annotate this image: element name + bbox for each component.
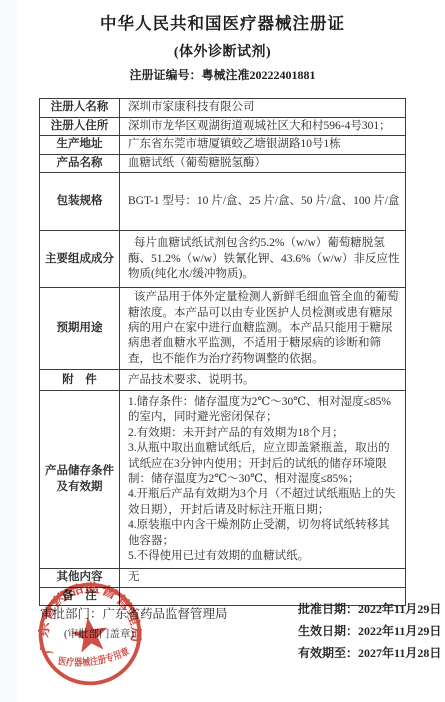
row-value-storage-list: 1.储存条件：储存温度为2℃～30℃、相对湿度≤85%的室内，同时避光密闭保存；…	[120, 391, 406, 569]
svg-text:医疗器械注册专用章: 医疗器械注册专用章	[56, 644, 132, 673]
effective-date-line: 生效日期：2022年11月29日	[298, 622, 441, 639]
row-label: 预期用途	[40, 288, 120, 370]
storage-condition-line: 1.储存条件：储存温度为2℃～30℃、相对湿度≤85%的室内，同时避光密闭保存；	[128, 395, 401, 426]
approval-date-line: 批准日期：2022年11月29日	[298, 600, 441, 617]
table-row-packaging-spec: 包装规格 BGT-1 型号：10 片/盒、25 片/盒、50 片/盒、100 片…	[40, 173, 406, 231]
row-label: 产品储存条件及有效期	[40, 391, 120, 569]
certificate-subtitle: (体外诊断试剂)	[0, 41, 445, 61]
registration-number: 注册证编号：粤械注准20222401881	[0, 66, 445, 83]
table-row-registrant-address: 注册人住所 深圳市龙华区观湖街道观城社区大和村596-4号301；	[40, 118, 406, 136]
certificate-page: 中华人民共和国医疗器械注册证 (体外诊断试剂) 注册证编号：粤械注准202224…	[0, 0, 445, 702]
row-value: 深圳市龙华区观湖街道观城社区大和村596-4号301；	[120, 118, 406, 136]
storage-condition-line: 4.原装瓶中内含干燥剂防止受潮，切勿将试纸转移其他容器；	[128, 518, 401, 549]
row-label: 注册人住所	[40, 118, 120, 136]
certificate-title: 中华人民共和国医疗器械注册证	[0, 10, 445, 34]
row-value: 每片血糖试纸试剂包含约5.2%（w/w）葡萄糖脱氢酶、51.2%（w/w）铁氰化…	[120, 231, 406, 288]
row-label: 包装规格	[40, 173, 120, 231]
approval-date-value: 2022年11月29日	[358, 602, 441, 616]
storage-condition-line: 5.不得使用已过有效期的血糖试纸。	[128, 549, 401, 564]
storage-condition-line: 2.有效期：未开封产品的有效期为18个月；	[128, 426, 401, 441]
expiry-date-line: 有效期至：2027年11月28日	[298, 644, 441, 661]
row-value: BGT-1 型号：10 片/盒、25 片/盒、50 片/盒、100 片/盒	[120, 173, 406, 231]
row-value: 无	[120, 569, 406, 587]
page-edge-strip	[0, 0, 17, 702]
table-row-storage-conditions: 产品储存条件及有效期 1.储存条件：储存温度为2℃～30℃、相对湿度≤85%的室…	[40, 391, 406, 569]
official-seal: 广东省药品监督管理局 医疗器械注册专用章	[26, 570, 155, 699]
expiry-date-value: 2027年11月28日	[358, 646, 441, 660]
table-row-main-components: 主要组成成分 每片血糖试纸试剂包含约5.2%（w/w）葡萄糖脱氢酶、51.2%（…	[40, 231, 406, 288]
table-row-product-name: 产品名称 血糖试纸（葡萄糖脱氢酶）	[40, 154, 406, 172]
table-row-production-address: 生产地址 广东省东莞市塘厦镇蛟乙塘银湖路10号1栋	[40, 136, 406, 154]
certificate-table: 注册人名称 深圳市家康科技有限公司 注册人住所 深圳市龙华区观湖街道观城社区大和…	[39, 98, 406, 606]
effective-date-label: 生效日期：	[298, 624, 358, 638]
table-row-registrant-name: 注册人名称 深圳市家康科技有限公司	[40, 99, 406, 118]
row-value: 血糖试纸（葡萄糖脱氢酶）	[120, 154, 406, 172]
storage-condition-line: 4.开瓶后产品有效期为3个月（不超过试纸瓶贴上的失效日期），开封后请及时标注开瓶…	[128, 487, 401, 518]
seal-type-text: 医疗器械注册专用章	[56, 644, 132, 673]
expiry-date-label: 有效期至：	[298, 646, 358, 660]
row-value: 产品技术要求、说明书。	[120, 370, 406, 391]
storage-condition-line: 3.从瓶中取出血糖试纸后，应立即盖紧瓶盖，取出的试纸应在3分钟内使用；开封后的试…	[128, 441, 401, 487]
row-label: 产品名称	[40, 154, 120, 172]
row-label: 主要组成成分	[40, 231, 120, 288]
row-label: 注册人名称	[40, 99, 120, 118]
approval-date-label: 批准日期：	[298, 602, 358, 616]
table-row-intended-use: 预期用途 该产品用于体外定量检测人新鲜毛细血管全血的葡萄糖浓度。本产品可以由专业…	[40, 288, 406, 370]
row-label: 生产地址	[40, 136, 120, 154]
row-label: 附 件	[40, 370, 120, 391]
row-value: 深圳市家康科技有限公司	[120, 99, 406, 118]
seal-star-icon	[70, 615, 111, 654]
effective-date-value: 2022年11月29日	[358, 624, 441, 638]
table-row-attachments: 附 件 产品技术要求、说明书。	[40, 370, 406, 391]
row-value: 广东省东莞市塘厦镇蛟乙塘银湖路10号1栋	[120, 136, 406, 154]
row-value: 该产品用于体外定量检测人新鲜毛细血管全血的葡萄糖浓度。本产品可以由专业医护人员检…	[120, 288, 406, 370]
